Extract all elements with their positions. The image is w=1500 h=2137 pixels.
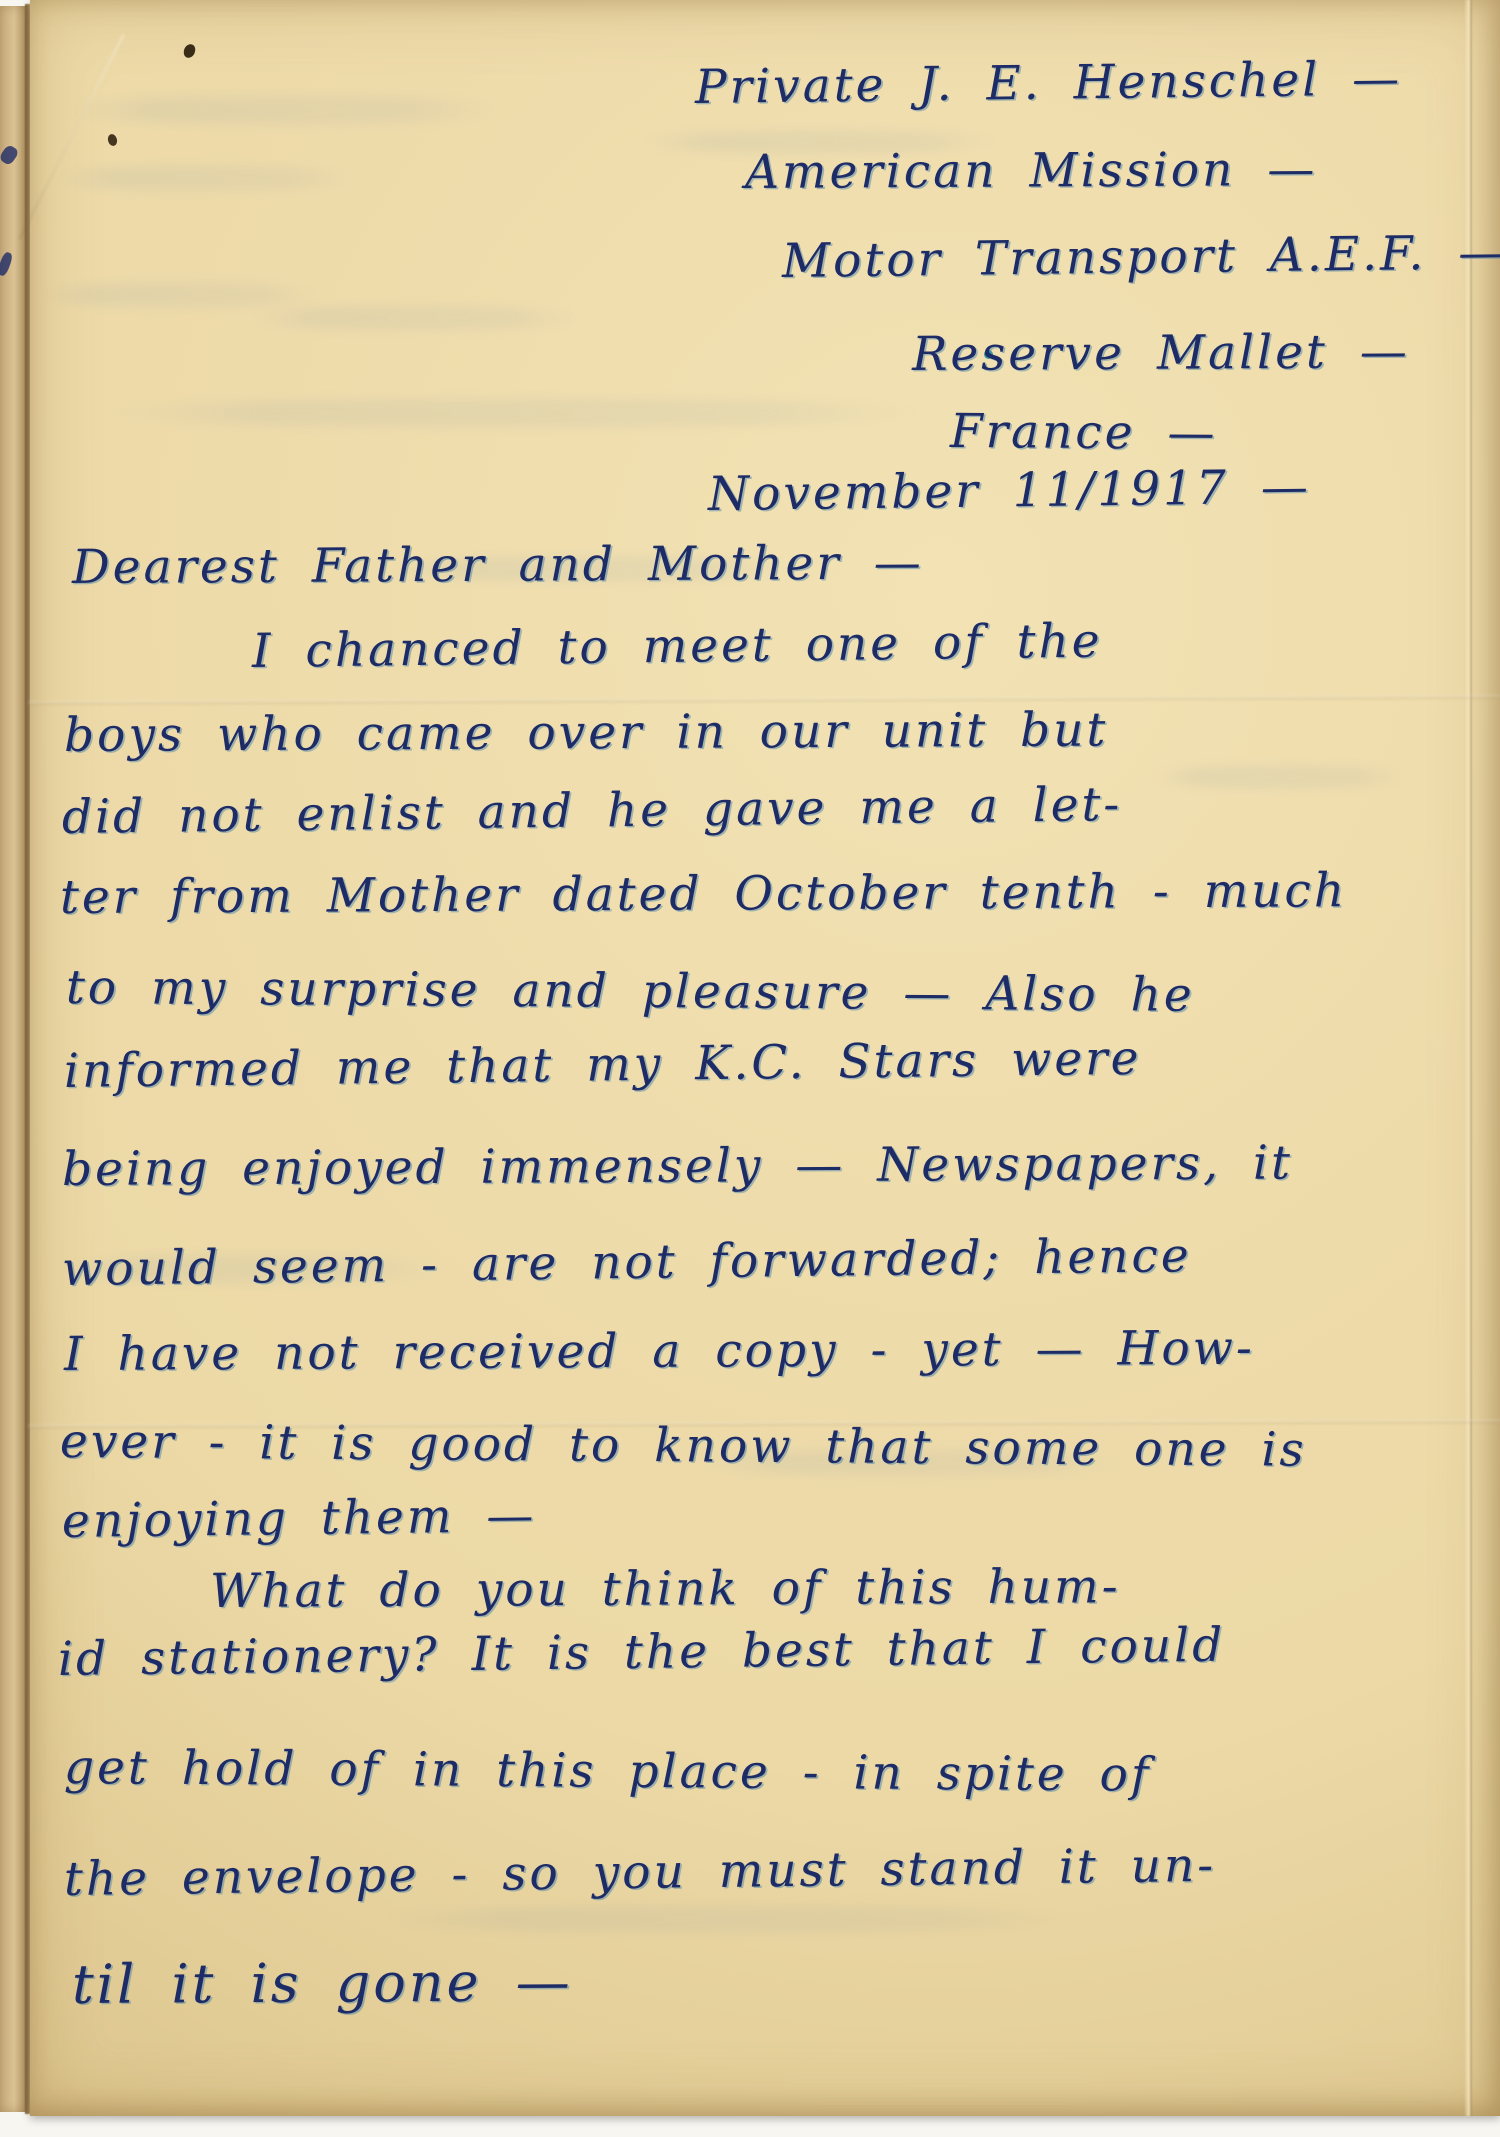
sheet-right-edge <box>1464 0 1472 2116</box>
header-line-service: Motor Transport A.E.F. — <box>782 223 1500 292</box>
header-line-unit: American Mission — <box>745 140 1318 203</box>
body-line: ter from Mother dated October tenth - mu… <box>60 861 1347 928</box>
body-line: to my surprise and pleasure — Also he <box>66 958 1195 1026</box>
show-through-mark <box>250 305 580 331</box>
show-through-mark <box>380 1905 1080 1933</box>
body-line: I have not received a copy - yet — How- <box>64 1319 1255 1385</box>
body-line: being enjoyed immensely — Newspapers, it <box>62 1134 1293 1200</box>
show-through-mark <box>110 398 930 428</box>
body-line: ever - it is good to know that some one … <box>60 1412 1307 1481</box>
show-through-mark <box>55 165 355 191</box>
body-line: I chanced to meet one of the <box>252 612 1103 682</box>
body-line: What do you think of this hum- <box>210 1557 1121 1622</box>
header-line-reserve: Reserve Mallet — <box>912 322 1410 385</box>
underlying-page-edge <box>0 6 26 2112</box>
show-through-mark <box>40 282 320 308</box>
header-line-date: November 11/1917 — <box>708 458 1312 525</box>
body-line: til it is gone — <box>72 1952 573 2015</box>
show-through-mark <box>70 95 500 125</box>
letter-scan: Private J. E. Henschel — American Missio… <box>0 0 1500 2137</box>
header-line-sender: Private J. E. Henschel — <box>695 49 1403 118</box>
body-line: enjoying them — <box>62 1486 537 1552</box>
salutation: Dearest Father and Mother — <box>72 534 924 598</box>
body-line: boys who came over in our unit but <box>64 701 1109 766</box>
body-line: get hold of in this place - in spite of <box>64 1738 1152 1806</box>
show-through-mark <box>1150 765 1410 789</box>
header-line-country: France — <box>950 402 1218 464</box>
